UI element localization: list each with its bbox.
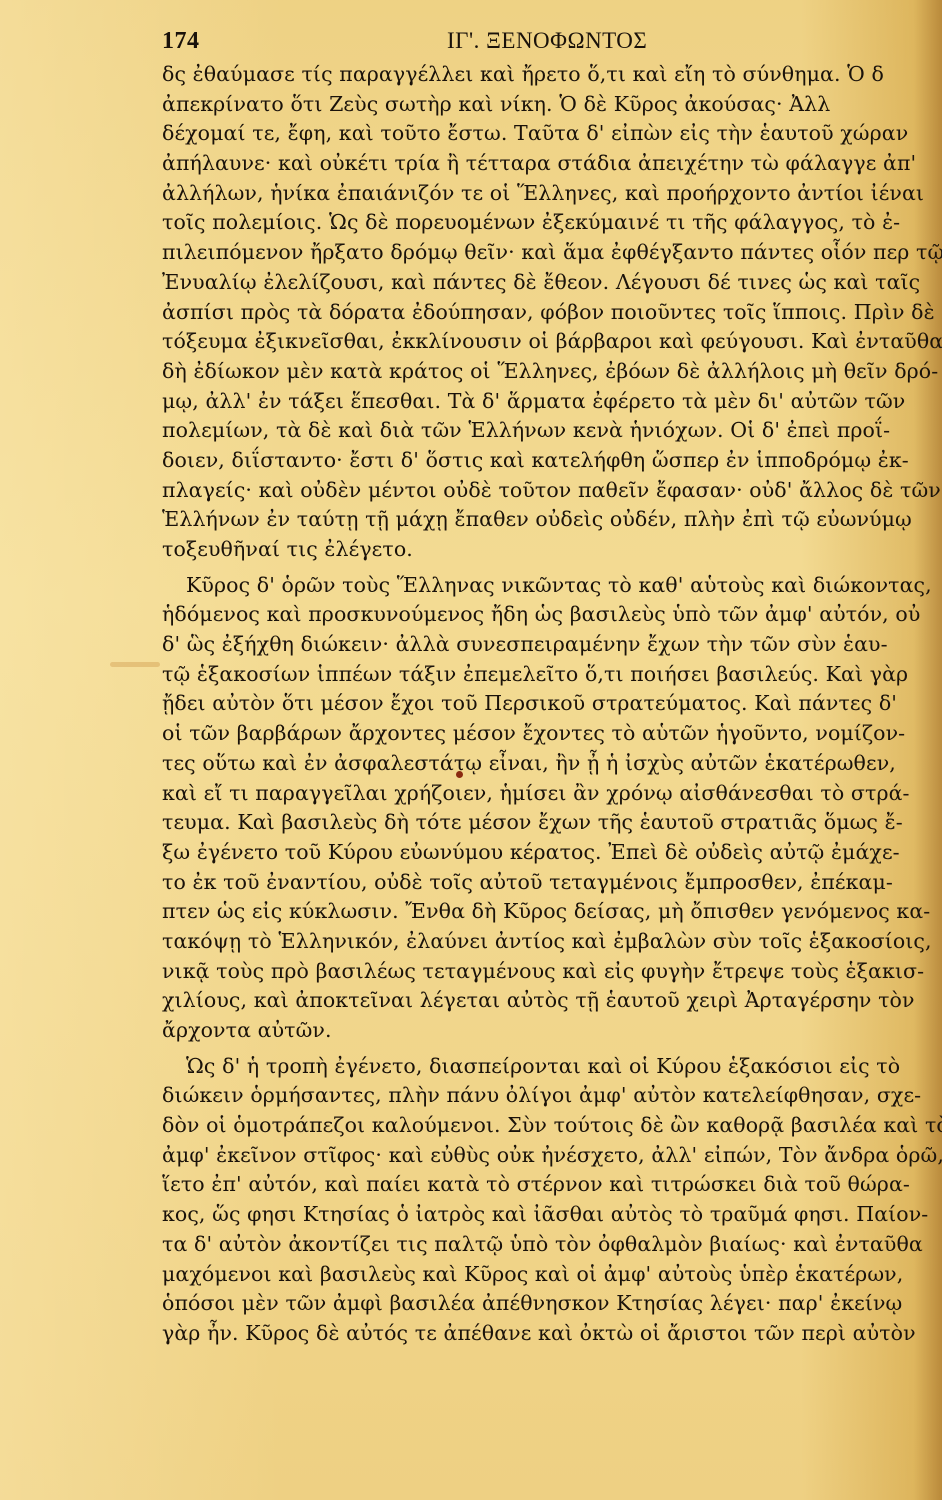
text-line: τακόψῃ τὸ Ἑλληνικόν, ἐλαύνει ἀντίος καὶ … (162, 927, 942, 957)
text-line: δέχομαί τε, ἔφη, καὶ τοῦτο ἔστω. Ταῦτα δ… (162, 119, 942, 149)
text-line: πιλειπόμενον ἤρξατο δρόμῳ θεῖν· καὶ ἅμα … (162, 238, 942, 268)
text-line: Ἐνυαλίῳ ἐλελίζουσι, καὶ πάντες δὲ ἔθεον.… (162, 268, 942, 298)
text-line: τευμα. Καὶ βασιλεὺς δὴ τότε μέσον ἔχων τ… (162, 808, 942, 838)
body-text: δς ἐθαύμασε τίς παραγγέλλει καὶ ἤρετο ὅ,… (162, 60, 942, 1349)
text-line: πολεμίων, τὰ δὲ καὶ διὰ τῶν Ἑλλήνων κενὰ… (162, 416, 942, 446)
text-line: πτεν ὡς εἰς κύκλωσιν. Ἔνθα δὴ Κῦρος δείσ… (162, 897, 942, 927)
text-line: μαχόμενοι καὶ βασιλεὺς καὶ Κῦρος καὶ οἱ … (162, 1260, 942, 1290)
text-line: τῷ ἑξακοσίων ἱππέων τάξιν ἐπεμελεῖτο ὅ,τ… (162, 660, 942, 690)
text-line: τα δ' αὐτὸν ἀκοντίζει τις παλτῷ ὑπὸ τὸν … (162, 1230, 942, 1260)
text-line: γὰρ ἦν. Κῦρος δὲ αὐτός τε ἀπέθανε καὶ ὀκ… (162, 1319, 942, 1349)
text-line: τόξευμα ἐξικνεῖσθαι, ἐκκλίνουσιν οἱ βάρβ… (162, 327, 942, 357)
paragraph-1: δς ἐθαύμασε τίς παραγγέλλει καὶ ἤρετο ὅ,… (162, 60, 942, 565)
text-line: δὸν οἱ ὁμοτράπεζοι καλούμενοι. Σὺν τούτο… (162, 1111, 942, 1141)
page-header: 174 ΙΓ'. ΞΕΝΟΦΩΝΤΟΣ (162, 28, 942, 58)
text-line: δὴ ἐδίωκον μὲν κατὰ κράτος οἱ Ἕλληνες, ἐ… (162, 357, 942, 387)
text-line: ξω ἐγένετο τοῦ Κύρου εὐωνύμου κέρατος. Ἐ… (162, 838, 942, 868)
text-line: δοιεν, διΐσταντο· ἔστι δ' ὅστις καὶ κατε… (162, 446, 942, 476)
text-line: ἡδόμενος καὶ προσκυνούμενος ἤδη ὡς βασιλ… (162, 600, 942, 630)
text-line: δς ἐθαύμασε τίς παραγγέλλει καὶ ἤρετο ὅ,… (162, 60, 942, 90)
text-line: κος, ὥς φησι Κτησίας ὁ ἰατρὸς καὶ ἰᾶσθαι… (162, 1200, 942, 1230)
text-line: Ἑλλήνων ἐν ταύτῃ τῇ μάχῃ ἔπαθεν οὐδεὶς ο… (162, 505, 942, 535)
text-line: διώκειν ὁρμήσαντες, πλὴν πάνυ ὀλίγοι ἀμφ… (162, 1081, 942, 1111)
text-line: ὁπόσοι μὲν τῶν ἀμφὶ βασιλέα ἀπέθνησκον Κ… (162, 1289, 942, 1319)
text-line: ἀσπίσι πρὸς τὰ δόρατα ἐδούπησαν, φόβον π… (162, 298, 942, 328)
text-line: τοξευθῆναί τις ἐλέγετο. (162, 535, 942, 565)
paper-stain (110, 662, 160, 667)
scanned-page: 174 ΙΓ'. ΞΕΝΟΦΩΝΤΟΣ δς ἐθαύμασε τίς παρα… (0, 0, 942, 1500)
text-line: πλαγείς· καὶ οὐδὲν μέντοι οὐδὲ τοῦτον πα… (162, 476, 942, 506)
text-line: ἄρχοντα αὐτῶν. (162, 1016, 942, 1046)
text-line: οἱ τῶν βαρβάρων ἄρχοντες μέσον ἔχοντες τ… (162, 719, 942, 749)
paragraph-2: Κῦρος δ' ὁρῶν τοὺς Ἕλληνας νικῶντας τὸ κ… (162, 571, 942, 1046)
text-line: ἵετο ἐπ' αὐτόν, καὶ παίει κατὰ τὸ στέρνο… (162, 1170, 942, 1200)
text-line: ἀπήλαυνε· καὶ οὐκέτι τρία ἢ τέτταρα στάδ… (162, 149, 942, 179)
text-line: νικᾷ τοὺς πρὸ βασιλέως τεταγμένους καὶ ε… (162, 957, 942, 987)
paragraph-3: Ὡς δ' ἡ τροπὴ ἐγένετο, διασπείρονται καὶ… (162, 1052, 942, 1349)
text-line: τοῖς πολεμίοις. Ὡς δὲ πορευομένων ἐξεκύμ… (162, 208, 942, 238)
text-line: ἀλλήλων, ἡνίκα ἐπαιάνιζόν τε οἱ Ἕλληνες,… (162, 179, 942, 209)
running-head: ΙΓ'. ΞΕΝΟΦΩΝΤΟΣ (447, 28, 647, 54)
text-line: ἀμφ' ἐκεῖνον στῖφος· καὶ εὐθὺς οὐκ ἠνέσχ… (162, 1141, 942, 1171)
text-line: μῳ, ἀλλ' ἐν τάξει ἕπεσθαι. Τὰ δ' ἅρματα … (162, 387, 942, 417)
text-line: τες οὕτω καὶ ἐν ἀσφαλεστάτῳ εἶναι, ἢν ᾖ … (162, 749, 942, 779)
text-line: καὶ εἴ τι παραγγεῖλαι χρήζοιεν, ἡμίσει ἂ… (162, 779, 942, 809)
text-line: δ' ὣς ἐξήχθη διώκειν· ἀλλὰ συνεσπειραμέν… (162, 630, 942, 660)
text-line: Ὡς δ' ἡ τροπὴ ἐγένετο, διασπείρονται καὶ… (162, 1052, 942, 1082)
text-line: Κῦρος δ' ὁρῶν τοὺς Ἕλληνας νικῶντας τὸ κ… (162, 571, 942, 601)
text-line: ἀπεκρίνατο ὅτι Ζεὺς σωτὴρ καὶ νίκη. Ὁ δὲ… (162, 90, 942, 120)
page-number: 174 (162, 28, 200, 55)
text-line: το ἐκ τοῦ ἐναντίου, οὐδὲ τοῖς αὐτοῦ τετα… (162, 868, 942, 898)
text-line: χιλίους, καὶ ἀποκτεῖναι λέγεται αὐτὸς τῇ… (162, 986, 942, 1016)
text-line: ᾔδει αὐτὸν ὅτι μέσον ἔχοι τοῦ Περσικοῦ σ… (162, 689, 942, 719)
